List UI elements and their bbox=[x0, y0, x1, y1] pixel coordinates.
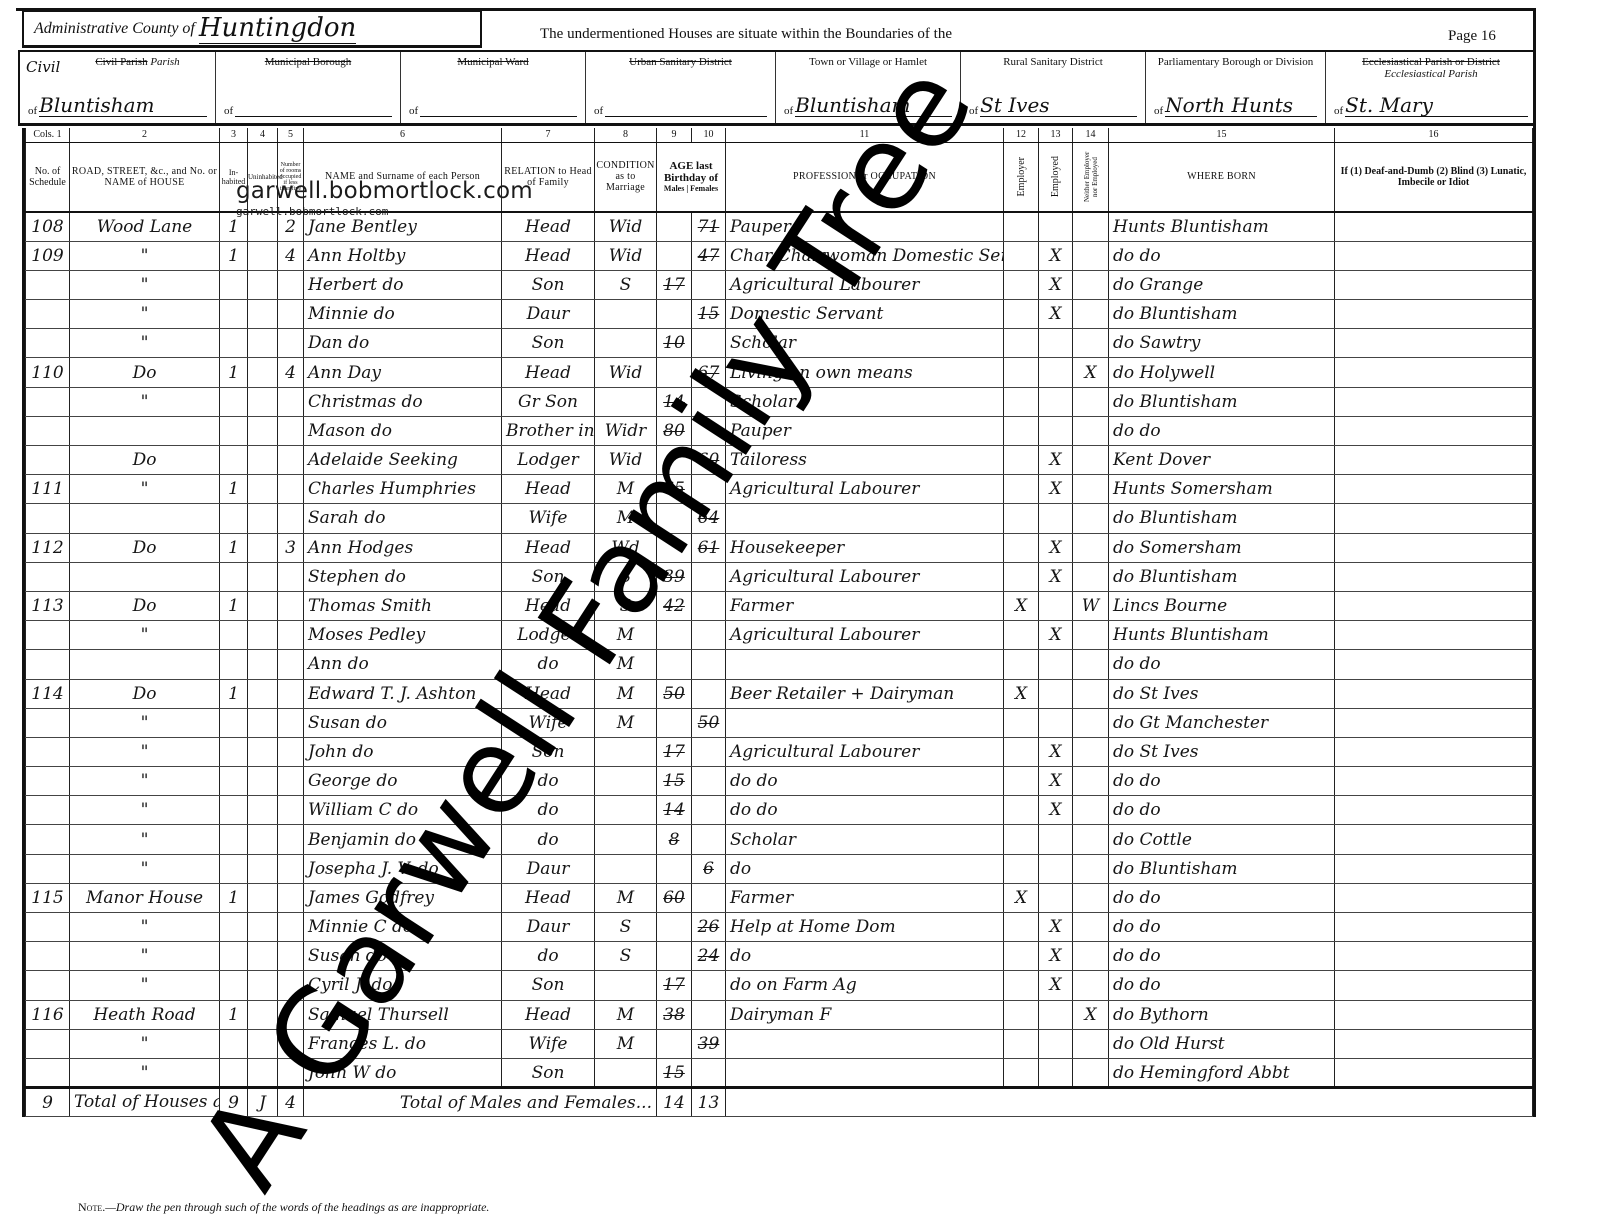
male-age: 50 bbox=[657, 679, 692, 708]
road-name: " bbox=[70, 621, 220, 650]
neither-mark bbox=[1073, 475, 1109, 504]
condition bbox=[595, 1058, 657, 1087]
road-name: Manor House bbox=[70, 883, 220, 912]
road-name bbox=[70, 504, 220, 533]
neither-mark: W bbox=[1073, 591, 1109, 620]
where-born: do Sawtry bbox=[1109, 329, 1335, 358]
person-name: Adelaide Seeking bbox=[304, 446, 502, 475]
total-schedules: 9 bbox=[26, 1088, 70, 1117]
where-born: do do bbox=[1109, 971, 1335, 1000]
road-name: " bbox=[70, 241, 220, 270]
table-row: "Josepha J. V. doDaur6dodo Bluntisham bbox=[26, 854, 1533, 883]
uninhabited-count bbox=[248, 446, 278, 475]
male-age bbox=[657, 650, 692, 679]
uninhabited-count bbox=[248, 358, 278, 387]
neither-mark bbox=[1073, 562, 1109, 591]
rooms-count bbox=[278, 883, 304, 912]
inhabited-count: 1 bbox=[220, 533, 248, 562]
uninhabited-count bbox=[248, 504, 278, 533]
schedule-number bbox=[26, 446, 70, 475]
where-born: do do bbox=[1109, 241, 1335, 270]
rooms-count bbox=[278, 446, 304, 475]
schedule-number bbox=[26, 971, 70, 1000]
inhabited-count bbox=[220, 971, 248, 1000]
road-name: Do bbox=[70, 358, 220, 387]
road-name: " bbox=[70, 854, 220, 883]
employer-mark bbox=[1004, 825, 1039, 854]
table-row: "Benjamin dodo8Scholardo Cottle bbox=[26, 825, 1533, 854]
uninhabited-count bbox=[248, 883, 278, 912]
inhabited-count bbox=[220, 650, 248, 679]
occupation: Agricultural Labourer bbox=[726, 562, 1004, 591]
employer-mark bbox=[1004, 650, 1039, 679]
condition: M bbox=[595, 1029, 657, 1058]
relation: Head bbox=[502, 883, 595, 912]
road-name: Do bbox=[70, 446, 220, 475]
rooms-count bbox=[278, 767, 304, 796]
rooms-count bbox=[278, 562, 304, 591]
relation: Wife bbox=[502, 1029, 595, 1058]
schedule-number bbox=[26, 737, 70, 766]
male-age: 17 bbox=[657, 971, 692, 1000]
employer-mark bbox=[1004, 854, 1039, 883]
person-name: Ann Holtby bbox=[304, 241, 502, 270]
where-born: do Grange bbox=[1109, 270, 1335, 299]
uninhabited-count bbox=[248, 942, 278, 971]
employer-mark bbox=[1004, 446, 1039, 475]
male-age bbox=[657, 1029, 692, 1058]
employed-mark: X bbox=[1039, 241, 1073, 270]
rooms-count bbox=[278, 300, 304, 329]
rooms-count bbox=[278, 270, 304, 299]
uninhabited-count bbox=[248, 796, 278, 825]
district-civil-parish: Civil Civil Parish Parish ofBluntisham bbox=[20, 52, 216, 123]
schedule-number bbox=[26, 913, 70, 942]
person-name: Mason do bbox=[304, 416, 502, 445]
male-age bbox=[657, 854, 692, 883]
relation: Son bbox=[502, 1058, 595, 1087]
infirmity bbox=[1335, 767, 1533, 796]
relation: Head bbox=[502, 1000, 595, 1029]
table-row: "Susan dodoS24doXdo do bbox=[26, 942, 1533, 971]
uninhabited-count bbox=[248, 650, 278, 679]
relation: Lodger bbox=[502, 446, 595, 475]
schedule-number bbox=[26, 562, 70, 591]
female-age bbox=[692, 796, 726, 825]
administrative-county-box: Administrative County of Huntingdon bbox=[22, 10, 482, 48]
rooms-count bbox=[278, 475, 304, 504]
table-row: Sarah doWifeM64do Bluntisham bbox=[26, 504, 1533, 533]
table-row: 113Do1Thomas SmithHeadS42FarmerXWLincs B… bbox=[26, 591, 1533, 620]
uninhabited-count bbox=[248, 621, 278, 650]
female-age: 47 bbox=[692, 241, 726, 270]
rooms-count: 4 bbox=[278, 241, 304, 270]
employed-mark bbox=[1039, 212, 1073, 241]
person-name: Dan do bbox=[304, 329, 502, 358]
condition bbox=[595, 767, 657, 796]
male-age: 60 bbox=[657, 883, 692, 912]
condition bbox=[595, 329, 657, 358]
person-name: Stephen do bbox=[304, 562, 502, 591]
condition: Wid bbox=[595, 212, 657, 241]
infirmity bbox=[1335, 854, 1533, 883]
uninhabited-count bbox=[248, 679, 278, 708]
occupation: Beer Retailer + Dairyman bbox=[726, 679, 1004, 708]
neither-mark bbox=[1073, 504, 1109, 533]
employed-mark bbox=[1039, 358, 1073, 387]
where-born: do do bbox=[1109, 650, 1335, 679]
male-age bbox=[657, 708, 692, 737]
occupation: Housekeeper bbox=[726, 533, 1004, 562]
occupation: do bbox=[726, 854, 1004, 883]
schedule-number bbox=[26, 416, 70, 445]
relation: Head bbox=[502, 475, 595, 504]
female-age bbox=[692, 767, 726, 796]
where-born: do Bluntisham bbox=[1109, 504, 1335, 533]
employed-mark bbox=[1039, 504, 1073, 533]
road-name: " bbox=[70, 796, 220, 825]
rooms-count bbox=[278, 737, 304, 766]
person-name: Charles Humphries bbox=[304, 475, 502, 504]
female-age: 26 bbox=[692, 913, 726, 942]
rooms-count bbox=[278, 913, 304, 942]
schedule-number bbox=[26, 1058, 70, 1087]
employer-mark bbox=[1004, 533, 1039, 562]
employer-mark bbox=[1004, 504, 1039, 533]
occupation: Agricultural Labourer bbox=[726, 475, 1004, 504]
female-age: 39 bbox=[692, 1029, 726, 1058]
header-schedule: No. of Schedule bbox=[26, 142, 70, 212]
female-age bbox=[692, 650, 726, 679]
employer-mark bbox=[1004, 562, 1039, 591]
road-name: " bbox=[70, 387, 220, 416]
table-row: Stephen doSonS39Agricultural LabourerXdo… bbox=[26, 562, 1533, 591]
employed-mark bbox=[1039, 854, 1073, 883]
infirmity bbox=[1335, 241, 1533, 270]
header-neither: Neither Employer nor Employed bbox=[1073, 142, 1109, 212]
employed-mark bbox=[1039, 1029, 1073, 1058]
schedule-number: 116 bbox=[26, 1000, 70, 1029]
female-age: 71 bbox=[692, 212, 726, 241]
neither-mark bbox=[1073, 796, 1109, 825]
road-name: " bbox=[70, 737, 220, 766]
employer-mark bbox=[1004, 1000, 1039, 1029]
employer-mark bbox=[1004, 300, 1039, 329]
road-name: Wood Lane bbox=[70, 212, 220, 241]
inhabited-count bbox=[220, 416, 248, 445]
employer-mark bbox=[1004, 212, 1039, 241]
schedule-number: 112 bbox=[26, 533, 70, 562]
uninhabited-count bbox=[248, 387, 278, 416]
schedule-number: 111 bbox=[26, 475, 70, 504]
person-name: Minnie do bbox=[304, 300, 502, 329]
employer-mark: X bbox=[1004, 679, 1039, 708]
condition bbox=[595, 300, 657, 329]
employed-mark: X bbox=[1039, 767, 1073, 796]
male-age bbox=[657, 212, 692, 241]
road-name: Do bbox=[70, 533, 220, 562]
female-age bbox=[692, 825, 726, 854]
relation: Son bbox=[502, 270, 595, 299]
schedule-number: 115 bbox=[26, 883, 70, 912]
employer-mark bbox=[1004, 1029, 1039, 1058]
person-name: Ann Day bbox=[304, 358, 502, 387]
person-name: Herbert do bbox=[304, 270, 502, 299]
employed-mark bbox=[1039, 825, 1073, 854]
condition bbox=[595, 825, 657, 854]
inhabited-count bbox=[220, 300, 248, 329]
employed-mark bbox=[1039, 416, 1073, 445]
male-age bbox=[657, 241, 692, 270]
employer-mark: X bbox=[1004, 591, 1039, 620]
rooms-count bbox=[278, 621, 304, 650]
road-name: " bbox=[70, 475, 220, 504]
table-row: 115Manor House1James GodfreyHeadM60Farme… bbox=[26, 883, 1533, 912]
where-born: do St Ives bbox=[1109, 679, 1335, 708]
occupation: Dairyman F bbox=[726, 1000, 1004, 1029]
infirmity bbox=[1335, 883, 1533, 912]
watermark-site-large: garwell.bobmortlock.com bbox=[236, 178, 533, 204]
schedule-number bbox=[26, 767, 70, 796]
uninhabited-count bbox=[248, 416, 278, 445]
uninhabited-count bbox=[248, 913, 278, 942]
employer-mark bbox=[1004, 737, 1039, 766]
inhabited-count bbox=[220, 270, 248, 299]
neither-mark bbox=[1073, 621, 1109, 650]
infirmity bbox=[1335, 562, 1533, 591]
employed-mark bbox=[1039, 650, 1073, 679]
road-name: " bbox=[70, 1029, 220, 1058]
header-infirmity: If (1) Deaf-and-Dumb (2) Blind (3) Lunat… bbox=[1335, 142, 1533, 212]
header-employed: Employed bbox=[1039, 142, 1073, 212]
infirmity bbox=[1335, 708, 1533, 737]
rooms-count bbox=[278, 591, 304, 620]
male-age bbox=[657, 300, 692, 329]
employer-mark bbox=[1004, 1058, 1039, 1087]
employed-mark: X bbox=[1039, 621, 1073, 650]
occupation bbox=[726, 1029, 1004, 1058]
admin-county-value: Huntingdon bbox=[199, 13, 356, 44]
where-born: do St Ives bbox=[1109, 737, 1335, 766]
inhabited-count: 1 bbox=[220, 358, 248, 387]
uninhabited-count bbox=[248, 767, 278, 796]
occupation: do do bbox=[726, 796, 1004, 825]
rooms-count bbox=[278, 825, 304, 854]
where-born: do do bbox=[1109, 767, 1335, 796]
infirmity bbox=[1335, 913, 1533, 942]
employed-mark: X bbox=[1039, 475, 1073, 504]
road-name bbox=[70, 562, 220, 591]
female-age: 50 bbox=[692, 708, 726, 737]
neither-mark: X bbox=[1073, 1000, 1109, 1029]
road-name: " bbox=[70, 300, 220, 329]
infirmity bbox=[1335, 212, 1533, 241]
uninhabited-count bbox=[248, 270, 278, 299]
rooms-count: 4 bbox=[278, 358, 304, 387]
employer-mark bbox=[1004, 475, 1039, 504]
neither-mark bbox=[1073, 942, 1109, 971]
where-born: do do bbox=[1109, 942, 1335, 971]
employer-mark bbox=[1004, 942, 1039, 971]
male-age: 15 bbox=[657, 767, 692, 796]
inhabited-count: 1 bbox=[220, 591, 248, 620]
road-name: Do bbox=[70, 591, 220, 620]
table-row: Ann dodoMdo do bbox=[26, 650, 1533, 679]
male-age: 14 bbox=[657, 796, 692, 825]
occupation bbox=[726, 650, 1004, 679]
employed-mark bbox=[1039, 883, 1073, 912]
district-municipal-ward: Municipal Ward of bbox=[401, 52, 586, 123]
neither-mark bbox=[1073, 533, 1109, 562]
employed-mark: X bbox=[1039, 737, 1073, 766]
where-born: Kent Dover bbox=[1109, 446, 1335, 475]
occupation: Farmer bbox=[726, 883, 1004, 912]
person-name: Ann Hodges bbox=[304, 533, 502, 562]
where-born: do Bluntisham bbox=[1109, 854, 1335, 883]
road-name: Heath Road bbox=[70, 1000, 220, 1029]
where-born: do Somersham bbox=[1109, 533, 1335, 562]
relation: do bbox=[502, 942, 595, 971]
occupation: do do bbox=[726, 767, 1004, 796]
person-name: Christmas do bbox=[304, 387, 502, 416]
occupation: do on Farm Ag bbox=[726, 971, 1004, 1000]
table-row: 111"1Charles HumphriesHeadM65Agricultura… bbox=[26, 475, 1533, 504]
neither-mark bbox=[1073, 913, 1109, 942]
relation: Gr Son bbox=[502, 387, 595, 416]
occupation: do bbox=[726, 942, 1004, 971]
employer-mark bbox=[1004, 708, 1039, 737]
condition: S bbox=[595, 942, 657, 971]
neither-mark bbox=[1073, 825, 1109, 854]
employer-mark bbox=[1004, 241, 1039, 270]
where-born: Lincs Bourne bbox=[1109, 591, 1335, 620]
female-age bbox=[692, 737, 726, 766]
where-born: do Hemingford Abbt bbox=[1109, 1058, 1335, 1087]
neither-mark bbox=[1073, 1058, 1109, 1087]
watermark-site-small: garwell.bobmortlock.com bbox=[236, 205, 388, 218]
where-born: do do bbox=[1109, 913, 1335, 942]
rooms-count bbox=[278, 504, 304, 533]
rooms-count bbox=[278, 387, 304, 416]
inhabited-count: 1 bbox=[220, 241, 248, 270]
relation: Head bbox=[502, 241, 595, 270]
schedule-number bbox=[26, 1029, 70, 1058]
where-born: do Bythorn bbox=[1109, 1000, 1335, 1029]
rooms-count bbox=[278, 854, 304, 883]
schedule-number: 108 bbox=[26, 212, 70, 241]
neither-mark bbox=[1073, 300, 1109, 329]
inhabited-count bbox=[220, 913, 248, 942]
condition bbox=[595, 737, 657, 766]
female-age: 6 bbox=[692, 854, 726, 883]
road-name: " bbox=[70, 913, 220, 942]
schedule-number bbox=[26, 621, 70, 650]
table-row: "Cyril J. doSon17do on Farm AgXdo do bbox=[26, 971, 1533, 1000]
road-name: " bbox=[70, 329, 220, 358]
uninhabited-count bbox=[248, 329, 278, 358]
infirmity bbox=[1335, 270, 1533, 299]
road-name: " bbox=[70, 708, 220, 737]
schedule-number bbox=[26, 650, 70, 679]
schedule-number bbox=[26, 854, 70, 883]
inhabited-count bbox=[220, 767, 248, 796]
district-ecclesiastical: Ecclesiastical Parish or District Eccles… bbox=[1326, 52, 1536, 123]
schedule-number bbox=[26, 300, 70, 329]
female-age: 24 bbox=[692, 942, 726, 971]
schedule-number bbox=[26, 270, 70, 299]
inhabited-count bbox=[220, 737, 248, 766]
infirmity bbox=[1335, 446, 1533, 475]
female-age bbox=[692, 1058, 726, 1087]
uninhabited-count bbox=[248, 854, 278, 883]
neither-mark bbox=[1073, 241, 1109, 270]
rooms-count: 3 bbox=[278, 533, 304, 562]
male-age: 15 bbox=[657, 1058, 692, 1087]
infirmity bbox=[1335, 358, 1533, 387]
employed-mark: X bbox=[1039, 562, 1073, 591]
infirmity bbox=[1335, 533, 1533, 562]
inhabited-count bbox=[220, 387, 248, 416]
infirmity bbox=[1335, 1029, 1533, 1058]
employed-mark: X bbox=[1039, 796, 1073, 825]
employer-mark bbox=[1004, 767, 1039, 796]
employer-mark bbox=[1004, 971, 1039, 1000]
where-born: do Bluntisham bbox=[1109, 300, 1335, 329]
page-number: Page 16 bbox=[1448, 28, 1496, 45]
uninhabited-count bbox=[248, 475, 278, 504]
inhabited-count bbox=[220, 942, 248, 971]
road-name: " bbox=[70, 825, 220, 854]
infirmity bbox=[1335, 387, 1533, 416]
employed-mark bbox=[1039, 1000, 1073, 1029]
schedule-number: 114 bbox=[26, 679, 70, 708]
infirmity bbox=[1335, 1000, 1533, 1029]
relation: Daur bbox=[502, 300, 595, 329]
schedule-number: 113 bbox=[26, 591, 70, 620]
infirmity bbox=[1335, 416, 1533, 445]
inhabited-count bbox=[220, 621, 248, 650]
rooms-count bbox=[278, 796, 304, 825]
infirmity bbox=[1335, 679, 1533, 708]
person-name: Sarah do bbox=[304, 504, 502, 533]
inhabited-count bbox=[220, 329, 248, 358]
inhabited-count bbox=[220, 562, 248, 591]
uninhabited-count bbox=[248, 737, 278, 766]
neither-mark bbox=[1073, 387, 1109, 416]
table-row: "William C dodo14do doXdo do bbox=[26, 796, 1533, 825]
neither-mark bbox=[1073, 767, 1109, 796]
where-born: do Bluntisham bbox=[1109, 562, 1335, 591]
employed-mark: X bbox=[1039, 971, 1073, 1000]
employed-mark: X bbox=[1039, 913, 1073, 942]
occupation bbox=[726, 504, 1004, 533]
neither-mark bbox=[1073, 212, 1109, 241]
employer-mark bbox=[1004, 329, 1039, 358]
infirmity bbox=[1335, 737, 1533, 766]
uninhabited-count bbox=[248, 241, 278, 270]
relation: Brother in Law bbox=[502, 416, 595, 445]
neither-mark bbox=[1073, 446, 1109, 475]
column-numbers-row: Cols. 1 2 3 4 5 6 7 8 9 10 11 12 13 14 1… bbox=[26, 128, 1533, 142]
female-age bbox=[692, 1000, 726, 1029]
uninhabited-count bbox=[248, 300, 278, 329]
header-age: AGE last Birthday of Males | Females bbox=[657, 142, 726, 212]
condition: M bbox=[595, 1000, 657, 1029]
occupation: Agricultural Labourer bbox=[726, 737, 1004, 766]
employed-mark bbox=[1039, 329, 1073, 358]
schedule-number bbox=[26, 329, 70, 358]
employed-mark: X bbox=[1039, 942, 1073, 971]
